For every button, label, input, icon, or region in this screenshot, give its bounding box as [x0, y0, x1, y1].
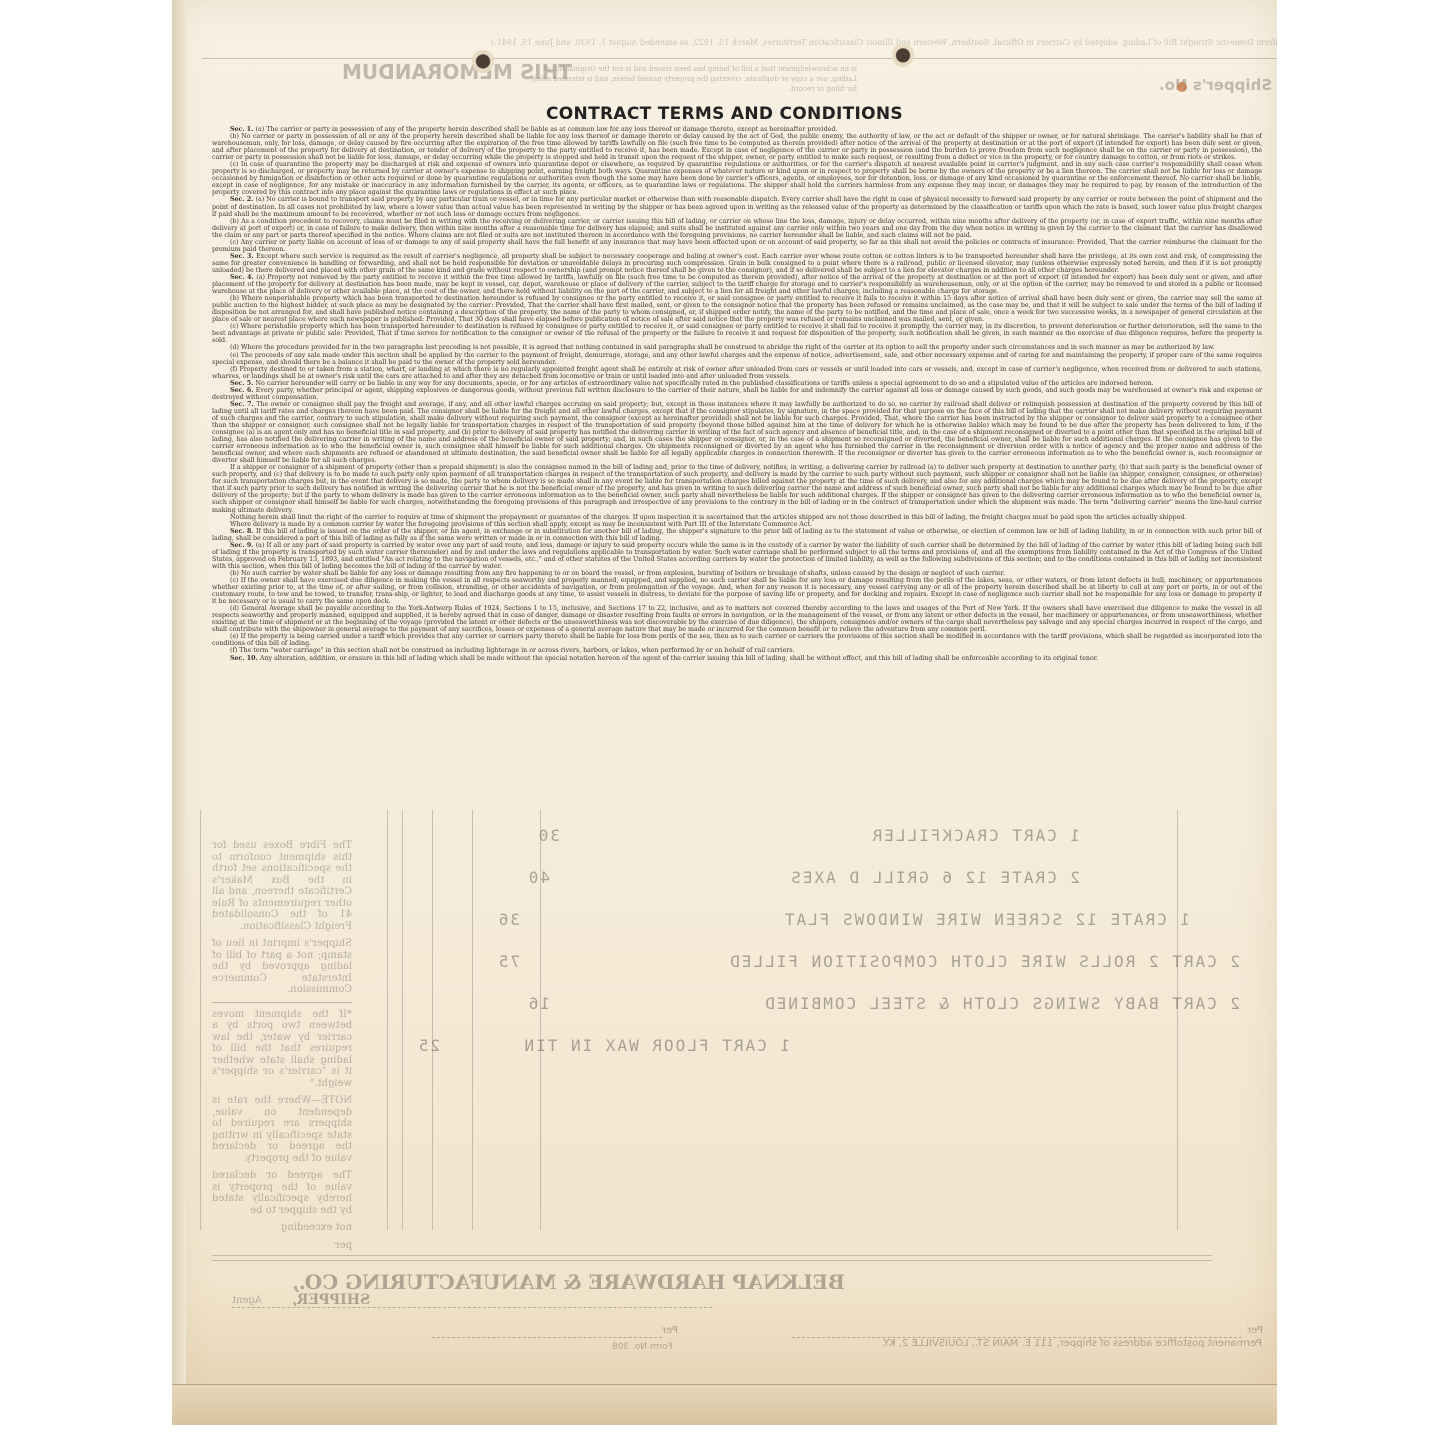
terms-paragraph: (f) The term "water carriage" in this se… — [212, 647, 1262, 654]
section-text: (a) No carrier is bound to transport sai… — [212, 196, 1262, 217]
section-label: Sec. 1. — [230, 126, 256, 133]
terms-paragraph: (b) As a condition precedent to recovery… — [212, 218, 1262, 239]
terms-paragraph: Where delivery is made by a common carri… — [212, 521, 1262, 528]
section-text: (b) No carrier or party in possession of… — [212, 133, 1262, 161]
terms-paragraph: (d) Where the procedure provided for in … — [212, 344, 1262, 351]
item-description: 2 CRATE 12 6 GRILL D AXES — [789, 868, 1080, 887]
terms-paragraph: (c) Where perishable property which has … — [212, 323, 1262, 344]
section-text: Any alteration, addition, or erasure in … — [260, 655, 1098, 662]
address-label: Permanent postoffice address of shipper, — [1056, 1338, 1262, 1349]
section-text: (d) Where the procedure provided for in … — [230, 344, 1215, 351]
side-note: The Fibre Boxes used for this shipment c… — [212, 840, 352, 932]
terms-paragraph: (b) Where nonperishable property which h… — [212, 295, 1262, 323]
punch-hole — [472, 46, 494, 74]
terms-paragraph: Sec. 5. No carrier hereunder will carry … — [212, 380, 1262, 387]
terms-paragraph: (f) Property destined to or taken from a… — [212, 366, 1262, 380]
item-description: 2 CART BABY SWINGS CLOTH & STEEL COMBINE… — [763, 994, 1240, 1013]
item-description: 1 CART CRACKFILLER — [871, 826, 1080, 845]
section-text: (c) Any carrier or party liable on accou… — [212, 239, 1262, 253]
section-label: Sec. 8. — [230, 528, 256, 535]
section-text: If a shipper or consignor of a shipment … — [212, 464, 1262, 513]
line-item: 2 CRATE 12 6 GRILL D AXES40 — [390, 868, 1260, 910]
terms-paragraph: Sec. 8. If this bill of lading is issued… — [212, 528, 1262, 542]
side-note: Shipper's imprint in lieu of stamp; not … — [212, 938, 352, 996]
section-text: (f) Property destined to or taken from a… — [212, 366, 1262, 380]
terms-paragraph: (c) Any carrier or party liable on accou… — [212, 239, 1262, 253]
section-label: Sec. 4. — [230, 274, 256, 281]
section-text: (c) If the owner shall have exercised du… — [212, 577, 1262, 605]
paper-edge — [172, 0, 186, 1425]
terms-title: CONTRACT TERMS AND CONDITIONS — [172, 104, 1277, 124]
section-label: Sec. 7. — [230, 401, 256, 408]
section-label: Sec. 10. — [230, 655, 260, 662]
terms-paragraph: (e) The proceeds of any sale made under … — [212, 352, 1262, 366]
side-note: NOTE—Where the rate is dependent on valu… — [212, 1095, 352, 1164]
terms-body: Sec. 1. (a) The carrier or party in poss… — [212, 126, 1262, 806]
section-text: (a) The carrier or party in possession o… — [256, 126, 838, 133]
side-note: The agreed or declared value of the prop… — [212, 1170, 352, 1216]
terms-paragraph: Sec. 9. (a) If all or any part of said p… — [212, 542, 1262, 570]
section-text: Except where such service is required as… — [212, 253, 1262, 274]
section-text: (b) No such carrier by water shall be li… — [230, 570, 1005, 577]
terms-paragraph: If a shipper or consignor of a shipment … — [212, 464, 1262, 513]
section-text: Where delivery is made by a common carri… — [230, 521, 812, 528]
document-page: (Uniform Domestic Straight Bill of Ladin… — [172, 0, 1277, 1425]
terms-paragraph: Sec. 7. The owner or consignee shall pay… — [212, 401, 1262, 464]
punch-hole — [892, 40, 914, 68]
table-bottom-rule — [212, 1255, 1212, 1256]
section-text: (b) Where nonperishable property which h… — [212, 295, 1262, 323]
terms-paragraph: (b) No such carrier by water shall be li… — [212, 570, 1262, 577]
section-label: Sec. 2. — [230, 196, 256, 203]
section-label: Sec. 5. — [230, 380, 256, 387]
line-item: 1 CRATE 12 SCREEN WIRE WINDOWS FLAT36 — [390, 910, 1260, 952]
section-text: (a) If all or any part of said property … — [212, 542, 1262, 570]
terms-paragraph: (b) No carrier or party in possession of… — [212, 133, 1262, 161]
section-text: (a) Property not removed by the party en… — [212, 274, 1262, 295]
terms-paragraph: Sec. 3. Except where such service is req… — [212, 253, 1262, 274]
line-item: 1 CART CRACKFILLER30 — [390, 826, 1260, 868]
section-text: No carrier hereunder will carry or be li… — [256, 380, 1154, 387]
shipper-name: BELKNAP HARDWARE & MANUFACTURING CO., — [292, 1270, 1082, 1294]
agent-line — [232, 1307, 712, 1308]
section-text: (f) The term "water carriage" in this se… — [230, 647, 795, 654]
line-items: 1 CART CRACKFILLER302 CRATE 12 6 GRILL D… — [390, 826, 1260, 1078]
memorandum-text: is an acknowledgment that a bill of ladi… — [527, 64, 857, 94]
item-weight: 16 — [527, 994, 550, 1013]
side-note: per — [212, 1240, 352, 1252]
section-text: (c) In case of quarantine the property m… — [212, 161, 1262, 196]
side-notes: The Fibre Boxes used for this shipment c… — [212, 840, 352, 1257]
section-label: Sec. 3. — [230, 253, 256, 260]
shippers-no-label: Shipper's No. — [1159, 76, 1272, 94]
section-text: If this bill of lading is issued on the … — [212, 528, 1262, 542]
section-text: Nothing herein shall limit the right of … — [230, 514, 1186, 521]
section-text: (e) The proceeds of any sale made under … — [212, 352, 1262, 366]
header-rule — [202, 58, 1277, 59]
item-weight: 36 — [497, 910, 520, 929]
item-description: 1 CRATE 12 SCREEN WIRE WINDOWS FLAT — [783, 910, 1190, 929]
line-item: 2 CART BABY SWINGS CLOTH & STEEL COMBINE… — [390, 994, 1260, 1036]
terms-paragraph: Sec. 6. Every party, whether principal o… — [212, 387, 1262, 401]
line-item: 1 CART FLOOR WAX IN TIN25 — [390, 1036, 1260, 1078]
form-number: Form No. 308 — [612, 1342, 673, 1352]
section-text: (b) As a condition precedent to recovery… — [212, 218, 1262, 239]
item-weight: 25 — [417, 1036, 440, 1055]
item-weight: 30 — [537, 826, 560, 845]
table-bottom-rule — [212, 1260, 1212, 1261]
side-note: *If the shipment moves between two ports… — [212, 1009, 352, 1090]
header-reference: (Uniform Domestic Straight Bill of Ladin… — [442, 38, 1277, 47]
section-text: The owner or consignee shall pay the fre… — [212, 401, 1262, 464]
terms-paragraph: (c) In case of quarantine the property m… — [212, 161, 1262, 196]
terms-paragraph: (c) If the owner shall have exercised du… — [212, 577, 1262, 605]
section-text: (d) General Average shall be payable acc… — [212, 605, 1262, 633]
section-text: Every party, whether principal or agent,… — [212, 387, 1262, 401]
item-weight: 75 — [497, 952, 520, 971]
line-item: 2 CART 2 ROLLS WIRE CLOTH COMPOSITION FI… — [390, 952, 1260, 994]
terms-paragraph: (e) If the property is being carried und… — [212, 633, 1262, 647]
address-value: 111 E. MAIN ST., LOUISVILLE 2, KY. — [882, 1338, 1053, 1349]
per-label: Per — [662, 1325, 678, 1336]
terms-paragraph: Sec. 1. (a) The carrier or party in poss… — [212, 126, 1262, 133]
section-label: Sec. 6. — [230, 387, 256, 394]
terms-paragraph: Sec. 10. Any alteration, addition, or er… — [212, 655, 1262, 662]
terms-paragraph: Nothing herein shall limit the right of … — [212, 514, 1262, 521]
section-text: (e) If the property is being carried und… — [212, 633, 1262, 647]
rust-stain — [1177, 82, 1187, 92]
per-label: Per — [1247, 1325, 1263, 1336]
terms-paragraph: Sec. 2. (a) No carrier is bound to trans… — [212, 196, 1262, 217]
agent-label: Agent — [232, 1295, 262, 1306]
paper-fold — [172, 1384, 1277, 1425]
terms-paragraph: Sec. 4. (a) Property not removed by the … — [212, 274, 1262, 295]
terms-paragraph: (d) General Average shall be payable acc… — [212, 605, 1262, 633]
item-weight: 40 — [527, 868, 550, 887]
item-description: 1 CART FLOOR WAX IN TIN — [522, 1036, 790, 1055]
item-description: 2 CART 2 ROLLS WIRE CLOTH COMPOSITION FI… — [728, 952, 1240, 971]
section-text: (c) Where perishable property which has … — [212, 323, 1262, 344]
shipper-label: SHIPPER, — [292, 1292, 1082, 1308]
side-note: not exceeding — [212, 1222, 352, 1234]
section-label: Sec. 9. — [230, 542, 256, 549]
divider — [212, 1002, 352, 1003]
